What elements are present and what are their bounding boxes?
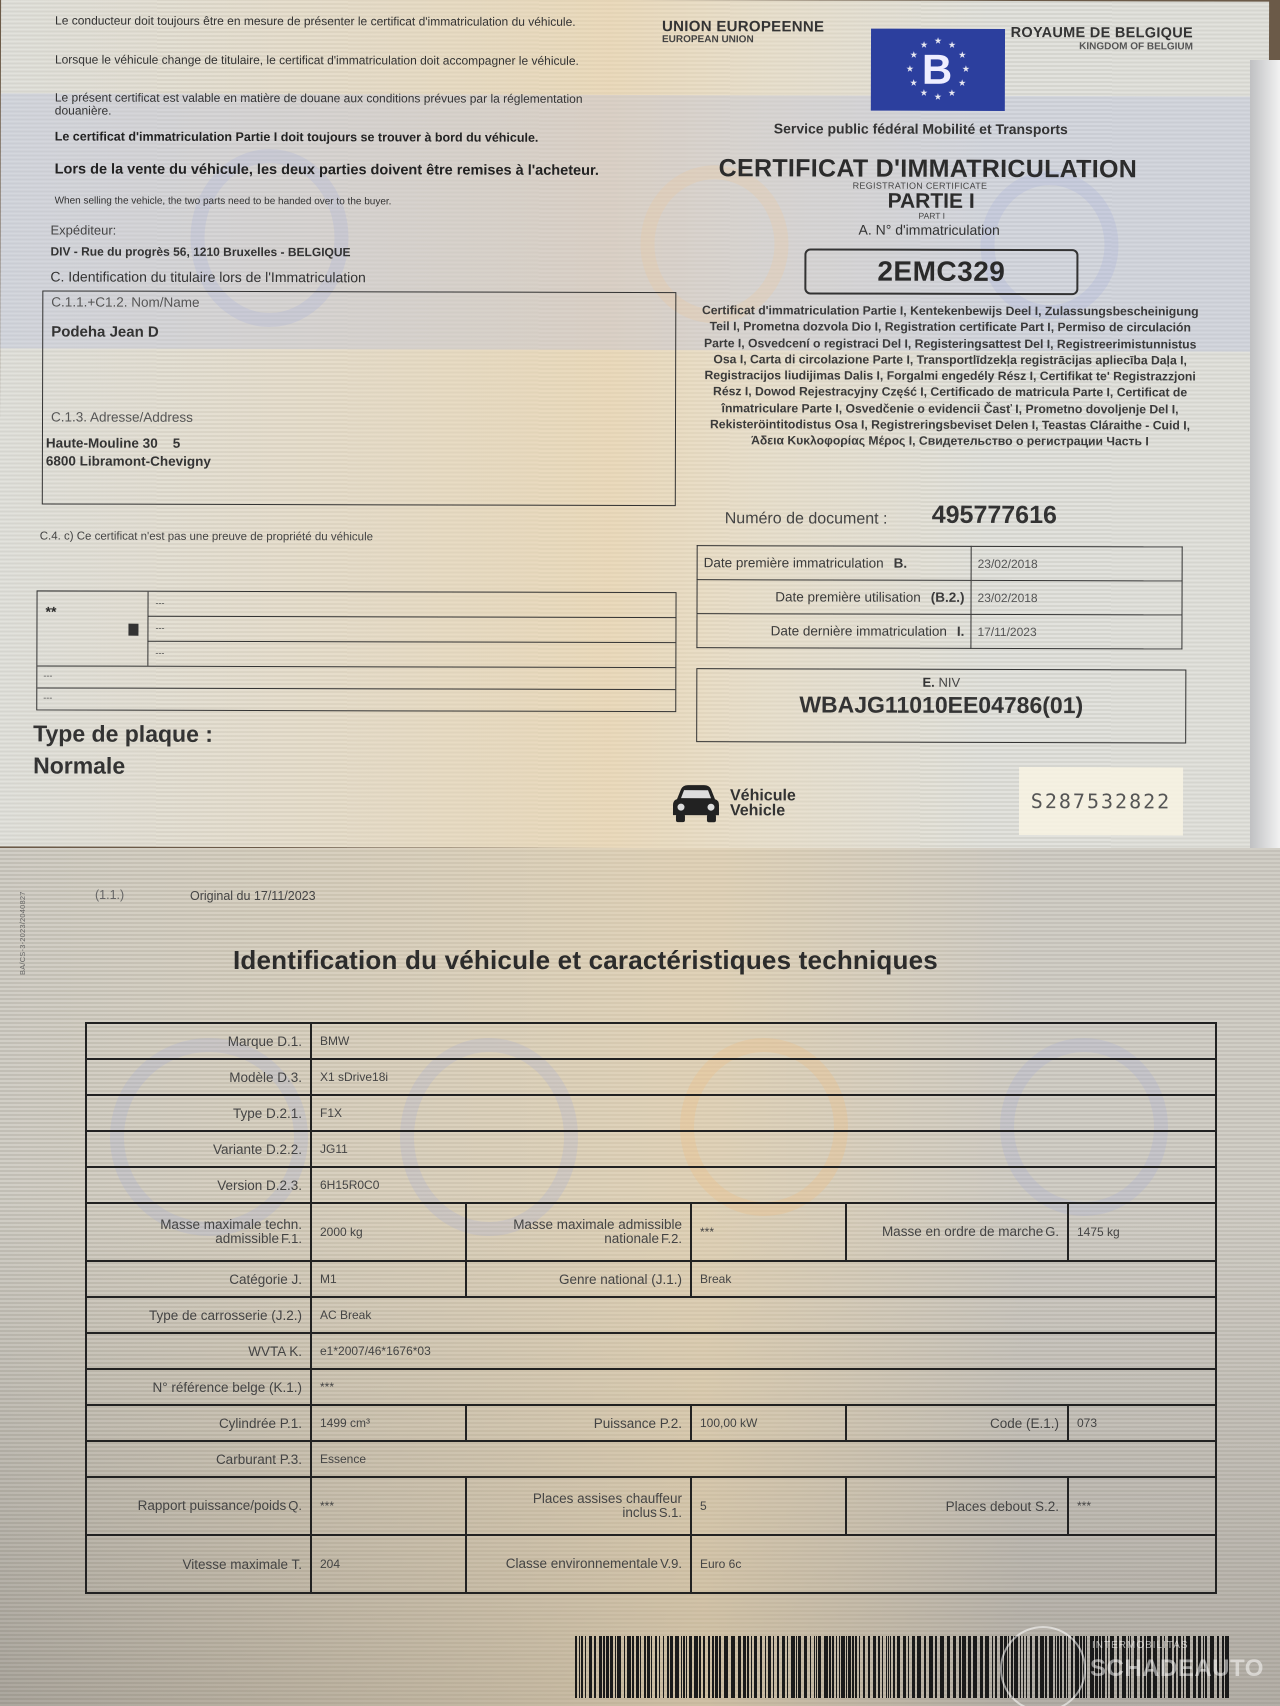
version-label: Version D.2.3. — [86, 1167, 311, 1203]
max-mass-national-label: Masse maximale admissible nationale — [513, 1217, 682, 1246]
max-mass-tech-value: 2000 kg — [311, 1203, 466, 1261]
type-label: Type D.2.1. — [86, 1095, 311, 1131]
fuel-value: Essence — [311, 1441, 1216, 1477]
watermark-text-small: INTERMOBILITAS — [1092, 1640, 1189, 1651]
table-row: Catégorie J. M1 Genre national (J.1.) Br… — [86, 1261, 1216, 1297]
plate-type-value: Normale — [33, 752, 125, 779]
table-row: Rapport puissance/poidsQ. *** Places ass… — [86, 1477, 1216, 1535]
part-title-en: PART I — [919, 211, 945, 221]
notice-customs: Le présent certificat est valable en mat… — [55, 91, 615, 118]
power-weight-value: *** — [311, 1477, 466, 1535]
notice-sale-en: When selling the vehicle, the two parts … — [55, 194, 392, 208]
eu-header: UNION EUROPEENNE EUROPEAN UNION — [662, 18, 824, 45]
plate-type-label: Type de plaque : — [33, 720, 213, 747]
table-row: Carburant P.3. Essence — [86, 1441, 1216, 1477]
additional-info-grid: ** --- --- --- --- --- — [36, 590, 676, 712]
max-mass-national-value: *** — [691, 1203, 846, 1261]
technical-specs-table: Marque D.1. BMW Modèle D.3. X1 sDrive18i… — [85, 1022, 1217, 1594]
grid-value: --- — [43, 692, 52, 702]
vin-box: E. NIV WBAJG11010EE04786(01) — [696, 668, 1186, 743]
table-row: Type de carrosserie (J.2.) AC Break — [86, 1297, 1216, 1333]
holder-section-title: C. Identification du titulaire lors de l… — [50, 268, 366, 285]
table-row: Marque D.1. BMW — [86, 1023, 1216, 1059]
wvta-value: e1*2007/46*1676*03 — [311, 1333, 1216, 1369]
stars-marker: ** — [45, 603, 56, 619]
first-registration-date: 23/02/2018 — [971, 546, 1182, 581]
multilingual-title: Certificat d'immatriculation Partie I, K… — [700, 302, 1200, 450]
category-label: Catégorie J. — [86, 1261, 311, 1297]
table-row: Date première utilisation(B.2.) 23/02/20… — [697, 580, 1182, 615]
model-label: Modèle D.3. — [86, 1059, 311, 1095]
vin-number: WBAJG11010EE04786(01) — [697, 691, 1185, 719]
grid-value: --- — [155, 623, 164, 633]
fuel-label: Carburant P.3. — [86, 1441, 311, 1477]
body-type-value: AC Break — [311, 1297, 1216, 1333]
registration-part1-sheet: Le conducteur doit toujours être en mesu… — [0, 0, 1269, 850]
notice-owner-change: Lorsque le véhicule change de titulaire,… — [55, 53, 625, 67]
env-class-value: Euro 6c — [691, 1535, 1216, 1593]
kingdom-label-en: KINGDOM OF BELGIUM — [1011, 41, 1193, 52]
category-value: M1 — [311, 1261, 466, 1297]
table-row: Date première immatriculationB. 23/02/20… — [697, 546, 1182, 581]
make-value: BMW — [311, 1023, 1216, 1059]
table-row: Version D.2.3. 6H15R0C0 — [86, 1167, 1216, 1203]
belgian-ref-value: *** — [311, 1369, 1216, 1405]
table-row: Cylindrée P.1. 1499 cm³ Puissance P.2. 1… — [86, 1405, 1216, 1441]
make-label: Marque D.1. — [86, 1023, 311, 1059]
eu-label-en: EUROPEAN UNION — [662, 34, 824, 45]
holder-address-label: C.1.3. Adresse/Address — [51, 409, 193, 424]
variant-value: JG11 — [311, 1131, 1216, 1167]
first-registration-label: Date première immatriculation — [704, 555, 884, 570]
sender-address: DIV - Rue du progrès 56, 1210 Bruxelles … — [50, 244, 350, 259]
kingdom-label-fr: ROYAUME DE BELGIQUE — [1011, 25, 1193, 41]
variant-label: Variante D.2.2. — [86, 1131, 311, 1167]
power-value: 100,00 kW — [691, 1405, 846, 1441]
square-marker-icon — [128, 624, 138, 636]
first-use-date: 23/02/2018 — [971, 580, 1182, 615]
sender-label: Expéditeur: — [50, 222, 116, 237]
table-row: Variante D.2.2. JG11 — [86, 1131, 1216, 1167]
page-edge — [1250, 60, 1280, 860]
kerb-mass-value: 1475 kg — [1068, 1203, 1216, 1261]
watermark-wheel — [980, 171, 1118, 319]
registration-dates-table: Date première immatriculationB. 23/02/20… — [696, 545, 1182, 649]
standing-places-value: *** — [1068, 1477, 1216, 1535]
table-row: WVTA K. e1*2007/46*1676*03 — [86, 1333, 1216, 1369]
watermark-logo-icon — [1000, 1626, 1086, 1706]
national-genre-label: Genre national (J.1.) — [466, 1261, 691, 1297]
plate-number-label: A. N° d'immatriculation — [858, 222, 999, 238]
ownership-disclaimer: C.4. c) Ce certificat n'est pas une preu… — [40, 530, 373, 543]
table-row: Modèle D.3. X1 sDrive18i — [86, 1059, 1216, 1095]
technical-section-title: Identification du véhicule et caractéris… — [233, 945, 938, 976]
copy-index: (1.1.) — [95, 888, 124, 902]
displacement-label: Cylindrée P.1. — [86, 1405, 311, 1441]
holder-address-line1: Haute-Mouline 30 5 — [46, 435, 180, 450]
eu-flag-icon: B ★★★★★★★★★★★★ — [871, 29, 1005, 111]
holder-name: Podeha Jean D — [51, 323, 159, 340]
side-reference-code: BA/CS-3-2023/2040827 — [18, 850, 32, 975]
table-row: Date dernière immatriculationI. 17/11/20… — [697, 614, 1182, 649]
serial-number: S287532822 — [1019, 767, 1183, 835]
issuing-service: Service public fédéral Mobilité et Trans… — [774, 120, 1068, 137]
document-number-label: Numéro de document : — [725, 510, 888, 528]
version-value: 6H15R0C0 — [311, 1167, 1216, 1203]
watermark-text: SCHADEAUTO — [1090, 1655, 1264, 1683]
grid-value: --- — [155, 648, 164, 658]
notice-sale: Lors de la vente du véhicule, les deux p… — [55, 162, 615, 178]
last-registration-date: 17/11/2023 — [971, 614, 1182, 649]
color-code-value: 073 — [1068, 1405, 1216, 1441]
power-weight-label: Rapport puissance/poids — [138, 1498, 287, 1513]
car-icon — [671, 783, 721, 823]
model-value: X1 sDrive18i — [311, 1059, 1216, 1095]
env-class-label: Classe environnementale — [506, 1556, 658, 1571]
type-value: F1X — [311, 1095, 1216, 1131]
table-row: N° référence belge (K.1.) *** — [86, 1369, 1216, 1405]
holder-address-line2: 6800 Libramont-Chevigny — [46, 453, 211, 468]
notice-present-certificate: Le conducteur doit toujours être en mesu… — [55, 14, 615, 28]
holder-name-label: C.1.1.+C1.2. Nom/Name — [51, 294, 199, 309]
table-row: Vitesse maximale T. 204 Classe environne… — [86, 1535, 1216, 1593]
seats-value: 5 — [691, 1477, 846, 1535]
national-genre-value: Break — [691, 1261, 1216, 1297]
grid-value: --- — [43, 670, 52, 680]
country-code: B — [922, 46, 952, 94]
max-speed-value: 204 — [311, 1535, 466, 1593]
body-type-label: Type de carrosserie (J.2.) — [86, 1297, 311, 1333]
vehicle-type-label: Véhicule Vehicle — [730, 788, 796, 818]
eu-label-fr: UNION EUROPEENNE — [662, 18, 824, 35]
color-code-label: Code (E.1.) — [846, 1405, 1068, 1441]
first-use-label: Date première utilisation — [775, 589, 921, 604]
max-speed-label: Vitesse maximale T. — [86, 1535, 311, 1593]
displacement-value: 1499 cm³ — [311, 1405, 466, 1441]
belgian-ref-label: N° référence belge (K.1.) — [86, 1369, 311, 1405]
last-registration-label: Date dernière immatriculation — [771, 623, 947, 638]
vin-label: NIV — [938, 675, 960, 690]
table-row: Type D.2.1. F1X — [86, 1095, 1216, 1131]
notice-on-board: Le certificat d'immatriculation Partie I… — [55, 130, 575, 144]
power-label: Puissance P.2. — [466, 1405, 691, 1441]
original-date: Original du 17/11/2023 — [190, 889, 316, 903]
wvta-label: WVTA K. — [86, 1333, 311, 1369]
plate-number: 2EMC329 — [804, 248, 1078, 295]
grid-value: --- — [156, 598, 165, 608]
document-number: 495777616 — [932, 501, 1057, 530]
standing-places-label: Places debout S.2. — [846, 1477, 1068, 1535]
table-row: Masse maximale techn. admissibleF.1. 200… — [86, 1203, 1216, 1261]
holder-box: C.1.1.+C1.2. Nom/Name Podeha Jean D C.1.… — [42, 290, 677, 506]
kerb-mass-label: Masse en ordre de marche — [882, 1224, 1043, 1239]
kingdom-header: ROYAUME DE BELGIQUE KINGDOM OF BELGIUM — [1011, 25, 1193, 52]
